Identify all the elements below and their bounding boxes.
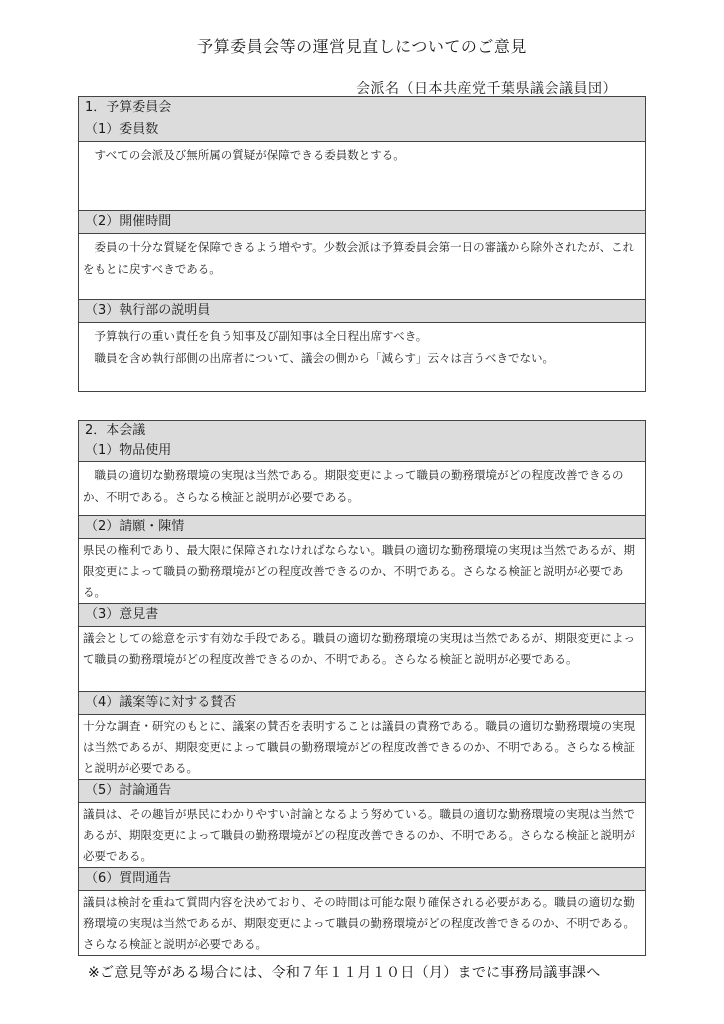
item-body: 委員の十分な質疑を保障できるよう増やす。少数会派は予算委員会第一日の審議から除外… bbox=[79, 234, 645, 299]
document-title: 予算委員会等の運営見直しについてのご意見 bbox=[0, 34, 724, 57]
item-header: （4）議案等に対する賛否 bbox=[79, 691, 645, 715]
item-heading: （5）討論通告 bbox=[85, 780, 639, 802]
item-question-notice: （6）質問通告 議員は検討を重ねて質問内容を決めており、その時間は可能な限り確保… bbox=[79, 867, 645, 955]
item-paragraph: 委員の十分な質疑を保障できるよう増やす。少数会派は予算委員会第一日の審議から除外… bbox=[83, 236, 641, 280]
item-heading: （1）物品使用 bbox=[85, 441, 639, 461]
item-paragraph: 十分な調査・研究のもとに、議案の賛否を表明することは議員の責務である。職員の適切… bbox=[83, 716, 641, 779]
section-header: 1．予算委員会 （1）委員数 bbox=[79, 97, 645, 142]
section-heading: 2．本会議 bbox=[85, 421, 639, 441]
item-paragraph: 議員は検討を重ねて質問内容を決めており、その時間は可能な限り確保される必要がある… bbox=[83, 892, 641, 955]
item-committee-members: 1．予算委員会 （1）委員数 すべての会派及び無所属の質疑が保障できる委員数とす… bbox=[79, 97, 645, 210]
item-written-opinions: （3）意見書 議会としての総意を示す有効な手段である。職員の適切な勤務環境の実現… bbox=[79, 603, 645, 691]
section-plenary-session: 2．本会議 （1）物品使用 職員の適切な勤務環境の実現は当然である。期限変更によ… bbox=[78, 420, 646, 956]
item-goods-use: 2．本会議 （1）物品使用 職員の適切な勤務環境の実現は当然である。期限変更によ… bbox=[79, 421, 645, 515]
section-heading: 1．予算委員会 bbox=[85, 97, 639, 119]
item-body: すべての会派及び無所属の質疑が保障できる委員数とする。 bbox=[79, 142, 645, 210]
item-heading: （1）委員数 bbox=[85, 119, 639, 141]
item-paragraph: 議会としての総意を示す有効な手段である。職員の適切な勤務環境の実現は当然であるが… bbox=[83, 628, 641, 670]
item-body: 議員は、その趣旨が県民にわかりやすい討論となるよう努めている。職員の適切な勤務環… bbox=[79, 803, 645, 867]
section-budget-committee: 1．予算委員会 （1）委員数 すべての会派及び無所属の質疑が保障できる委員数とす… bbox=[78, 96, 646, 392]
footer-note: ※ご意見等がある場合には、令和７年１１月１０日（月）までに事務局議事課へ bbox=[88, 962, 601, 982]
item-header: （3）執行部の説明員 bbox=[79, 299, 645, 323]
item-vote-positions: （4）議案等に対する賛否 十分な調査・研究のもとに、議案の賛否を表明することは議… bbox=[79, 691, 645, 779]
item-paragraph: 職員の適切な勤務環境の実現は当然である。期限変更によって職員の勤務環境がどの程度… bbox=[83, 464, 641, 508]
item-paragraph: 県民の権利であり、最大限に保障されなければならない。職員の適切な勤務環境の実現は… bbox=[83, 540, 641, 603]
item-header: （2）開催時間 bbox=[79, 210, 645, 234]
item-heading: （6）質問通告 bbox=[85, 868, 639, 890]
item-heading: （3）執行部の説明員 bbox=[85, 300, 639, 322]
section-header: 2．本会議 （1）物品使用 bbox=[79, 421, 645, 462]
item-paragraph: 予算執行の重い責任を負う知事及び副知事は全日程出席すべき。 bbox=[83, 325, 641, 347]
item-meeting-time: （2）開催時間 委員の十分な質疑を保障できるよう増やす。少数会派は予算委員会第一… bbox=[79, 210, 645, 299]
item-header: （3）意見書 bbox=[79, 603, 645, 627]
faction-name: 会派名（日本共産党千葉県議会議員団） bbox=[356, 78, 617, 98]
item-header: （6）質問通告 bbox=[79, 867, 645, 891]
item-heading: （3）意見書 bbox=[85, 604, 639, 626]
item-heading: （4）議案等に対する賛否 bbox=[85, 692, 639, 714]
item-petitions: （2）請願・陳情 県民の権利であり、最大限に保障されなければならない。職員の適切… bbox=[79, 515, 645, 603]
item-executive-explainers: （3）執行部の説明員 予算執行の重い責任を負う知事及び副知事は全日程出席すべき。… bbox=[79, 299, 645, 391]
item-body: 県民の権利であり、最大限に保障されなければならない。職員の適切な勤務環境の実現は… bbox=[79, 539, 645, 603]
item-body: 予算執行の重い責任を負う知事及び副知事は全日程出席すべき。 職員を含め執行部側の… bbox=[79, 323, 645, 391]
item-header: （2）請願・陳情 bbox=[79, 515, 645, 539]
item-heading: （2）請願・陳情 bbox=[85, 516, 639, 538]
item-paragraph: 議員は、その趣旨が県民にわかりやすい討論となるよう努めている。職員の適切な勤務環… bbox=[83, 804, 641, 867]
item-debate-notice: （5）討論通告 議員は、その趣旨が県民にわかりやすい討論となるよう努めている。職… bbox=[79, 779, 645, 867]
item-header: （5）討論通告 bbox=[79, 779, 645, 803]
item-body: 十分な調査・研究のもとに、議案の賛否を表明することは議員の責務である。職員の適切… bbox=[79, 715, 645, 779]
item-body: 議員は検討を重ねて質問内容を決めており、その時間は可能な限り確保される必要がある… bbox=[79, 891, 645, 955]
item-paragraph: すべての会派及び無所属の質疑が保障できる委員数とする。 bbox=[83, 144, 641, 166]
item-body: 議会としての総意を示す有効な手段である。職員の適切な勤務環境の実現は当然であるが… bbox=[79, 627, 645, 691]
item-heading: （2）開催時間 bbox=[85, 211, 639, 233]
item-paragraph: 職員を含め執行部側の出席者について、議会の側から「減らす」云々は言うべきでない。 bbox=[83, 347, 641, 369]
item-body: 職員の適切な勤務環境の実現は当然である。期限変更によって職員の勤務環境がどの程度… bbox=[79, 462, 645, 515]
